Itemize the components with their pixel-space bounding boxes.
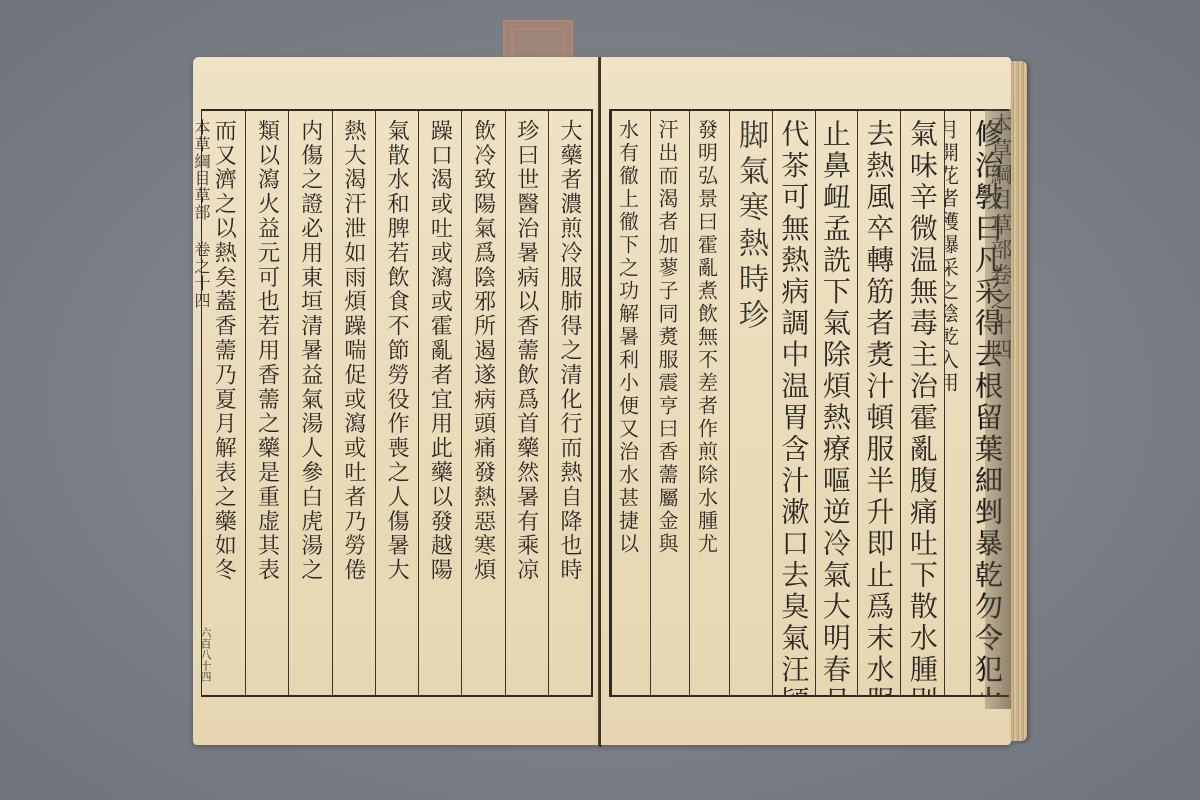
right-page: 修治斅曰凡采得去根留葉細剉暴乾勿令犯火 月開花者穫曝采之陰乾入用 氣味辛微温無毒… — [601, 57, 1011, 745]
text-column: 去熱風卒轉筋者煑汁頓服半升即止爲末水服 — [857, 111, 900, 695]
text-column: 内傷之證必用東垣清暑益氣湯人參白虎湯之 — [288, 111, 331, 695]
folio-number: 六百八十四 — [193, 627, 213, 682]
left-page: 本草綱目草部 卷之十四 大藥者濃煎冷服肺得之清化行而熱自降也時 珍曰世醫治暑病以… — [193, 57, 600, 745]
text-column: 氣散水和脾若飲食不節勞役作喪之人傷暑大 — [375, 111, 418, 695]
text-column: 水有徹上徹下之功解暑利小便又治水甚捷以 — [612, 111, 650, 695]
page-edges — [1011, 61, 1027, 741]
text-column: 躁口渴或吐或瀉或霍亂者宜用此藥以發越陽 — [418, 111, 461, 695]
text-column: 飲冷致陽氣爲陰邪所遏遂病頭痛發熱惡寒煩 — [461, 111, 504, 695]
open-book: 本草綱目草部 卷之十四 大藥者濃煎冷服肺得之清化行而熱自降也時 珍曰世醫治暑病以… — [193, 57, 1026, 747]
text-column-qiwei: 氣味辛微温無毒主治霍亂腹痛吐下散水腫別錄 — [900, 111, 943, 695]
left-text-frame: 大藥者濃煎冷服肺得之清化行而熱自降也時 珍曰世醫治暑病以香薷飲爲首藥然暑有乘凉 … — [201, 109, 593, 697]
text-column: 大藥者濃煎冷服肺得之清化行而熱自降也時 — [548, 111, 591, 695]
text-column-faming: 發明弘景曰霍亂煮飲無不差者作煎除水腫尤 — [689, 111, 729, 695]
right-text-frame: 修治斅曰凡采得去根留葉細剉暴乾勿令犯火 月開花者穫曝采之陰乾入用 氣味辛微温無毒… — [609, 109, 1009, 697]
text-column: 而又濟之以熱矣蓋香薷乃夏月解表之藥如冬 — [202, 111, 245, 695]
text-column: 類以瀉火益元可也若用香薷之藥是重虚其表 — [245, 111, 288, 695]
text-column: 珍曰世醫治暑病以香薷飲爲首藥然暑有乘凉 — [505, 111, 548, 695]
text-column: 汗出而渴者加蓼子同煑服震亨曰香薷屬金與 — [650, 111, 690, 695]
text-column: 熱大渴汗泄如雨煩躁喘促或瀉或吐者乃勞倦 — [332, 111, 375, 695]
text-column-jiaoqi: 脚氣寒熱時珍 — [729, 111, 772, 695]
right-columns: 修治斅曰凡采得去根留葉細剉暴乾勿令犯火 月開花者穫曝采之陰乾入用 氣味辛微温無毒… — [612, 111, 1009, 695]
text-column: 代茶可無熱病調中温胃含汁漱口去臭氣汪頴主 — [772, 111, 815, 695]
text-column: 止鼻衄孟詵下氣除煩熱療嘔逆冷氣大明春月煑飲 — [815, 111, 856, 695]
text-column: 月開花者穫曝采之陰乾入用 — [944, 111, 970, 695]
left-columns: 大藥者濃煎冷服肺得之清化行而熱自降也時 珍曰世醫治暑病以香薷飲爲首藥然暑有乘凉 … — [202, 111, 591, 695]
